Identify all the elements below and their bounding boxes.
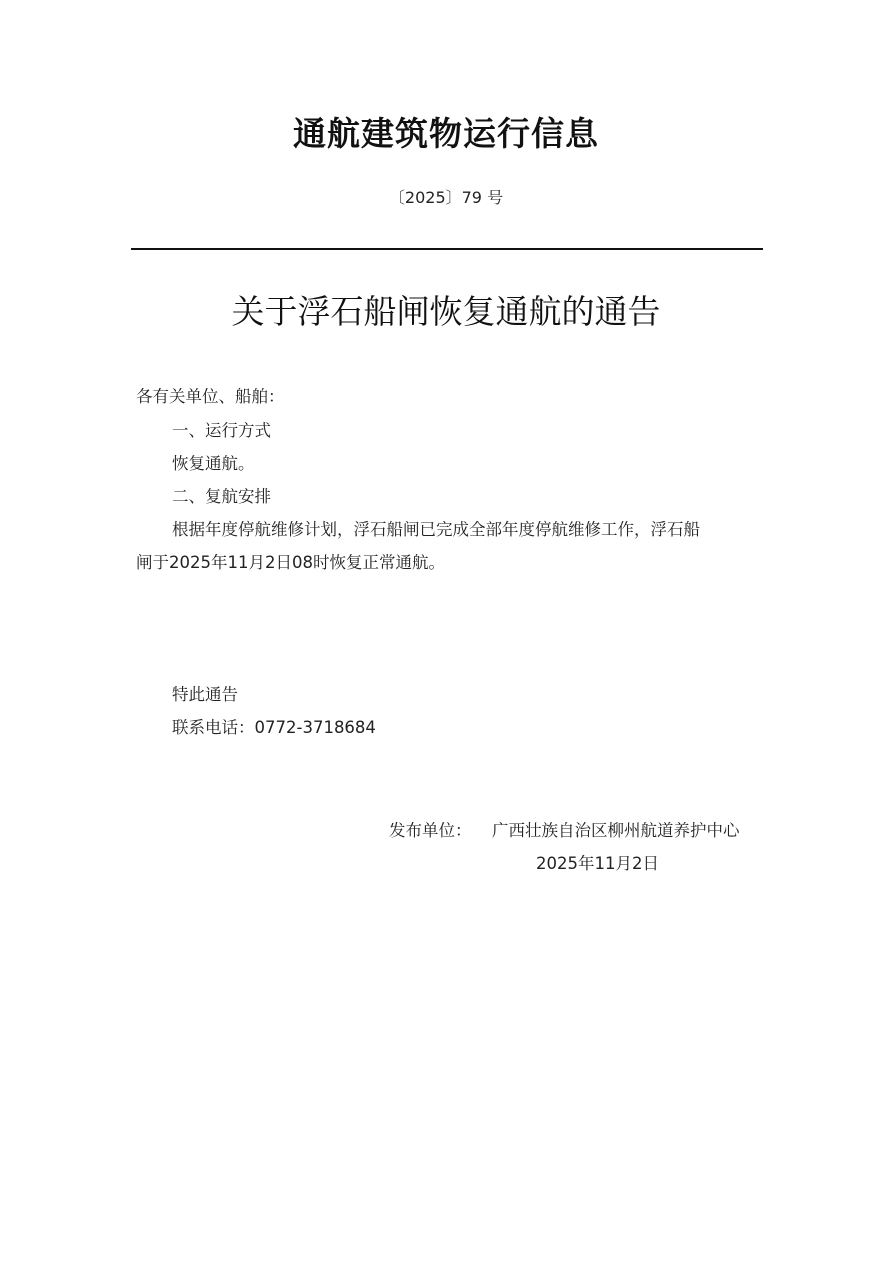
- salutation: 各有关单位、船舶：: [136, 387, 285, 407]
- section2-heading: 二、复航安排: [172, 487, 271, 507]
- notice-title: 关于浮石船闸恢复通航的通告: [0, 286, 892, 333]
- issue-date: 2025年11月2日: [536, 850, 659, 874]
- contact-phone: 0772-3718684: [255, 718, 376, 737]
- header-title: 通航建筑物运行信息: [0, 108, 892, 155]
- section1-heading: 一、运行方式: [172, 421, 271, 441]
- section2-text-line1: 根据年度停航维修计划，浮石船闸已完成全部年度停航维修工作，浮石船: [172, 520, 700, 540]
- issuer-line: 发布单位： 广西壮族自治区柳州航道养护中心: [389, 817, 740, 841]
- header-separator-line: [131, 248, 763, 250]
- issuer-label: 发布单位：: [389, 821, 472, 840]
- contact-label: 联系电话：: [172, 718, 255, 737]
- section2-text-line2: 闸于2025年11月2日08时恢复正常通航。: [136, 553, 445, 573]
- section1-text: 恢复通航。: [172, 454, 255, 474]
- document-number: 〔2025〕79 号: [0, 185, 892, 208]
- closing-text: 特此通告: [172, 685, 238, 705]
- contact-line: 联系电话：0772-3718684: [172, 718, 376, 738]
- issuer-name: 广西壮族自治区柳州航道养护中心: [492, 821, 740, 840]
